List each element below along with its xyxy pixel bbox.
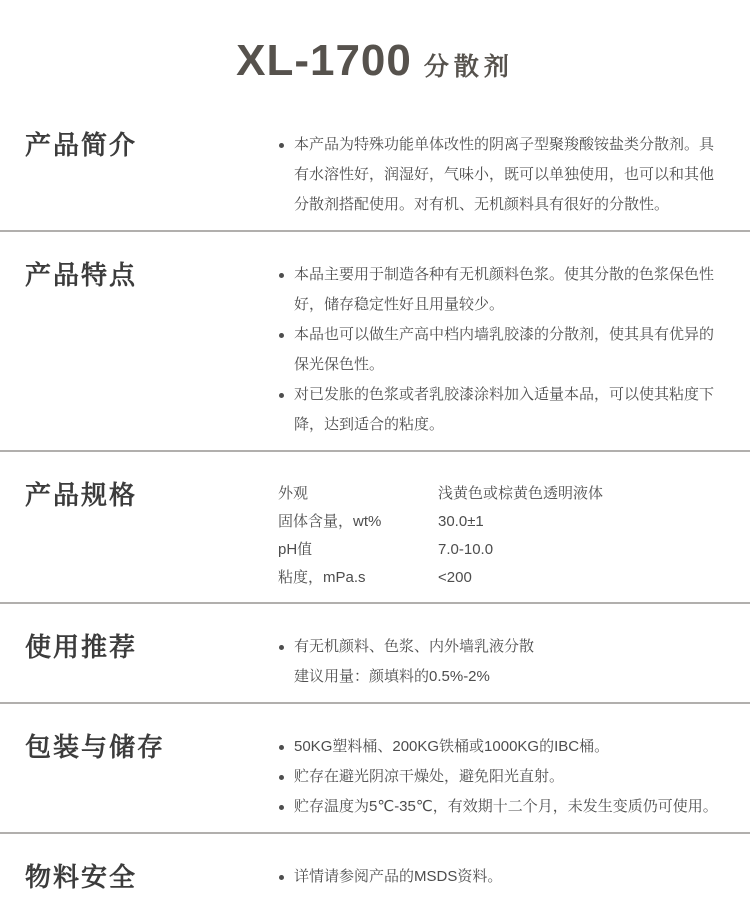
bullet-item: 对已发胀的色浆或者乳胶漆涂料加入适量本品，可以使其粘度下降，达到适合的粘度。 [278,380,720,440]
spec-value: <200 [438,564,720,592]
product-code: XL-1700 [236,36,412,85]
section-usage-recommendation: 使用推荐 有无机颜料、色浆、内外墙乳液分散 建议用量：颜填料的0.5%-2% [0,604,750,704]
bullet-item: 贮存温度为5℃-35℃，有效期十二个月，未发生变质仍可使用。 [278,792,720,822]
section-product-intro: 产品简介 本产品为特殊功能单体改性的阴离子型聚羧酸铵盐类分散剂。具有水溶性好，润… [0,130,750,232]
section-material-safety: 物料安全 详情请参阅产品的MSDS资料。 [0,834,750,902]
section-product-specs: 产品规格 外观 浅黄色或棕黄色透明液体 固体含量，wt% 30.0±1 pH值 … [0,452,750,604]
section-heading: 物料安全 [0,862,278,892]
section-heading: 产品简介 [0,130,278,160]
section-content: 有无机颜料、色浆、内外墙乳液分散 建议用量：颜填料的0.5%-2% [278,632,750,692]
bullet-list: 详情请参阅产品的MSDS资料。 [278,862,720,892]
bullet-list: 本产品为特殊功能单体改性的阴离子型聚羧酸铵盐类分散剂。具有水溶性好，润湿好，气味… [278,130,720,220]
bullet-list: 本品主要用于制造各种有无机颜料色浆。使其分散的色浆保色性好，储存稳定性好且用量较… [278,260,720,440]
section-packaging-storage: 包装与储存 50KG塑料桶、200KG铁桶或1000KG的IBC桶。 贮存在避光… [0,704,750,834]
section-content: 本产品为特殊功能单体改性的阴离子型聚羧酸铵盐类分散剂。具有水溶性好，润湿好，气味… [278,130,750,220]
spec-row: 粘度，mPa.s <200 [278,564,720,592]
bullet-item: 详情请参阅产品的MSDS资料。 [278,862,720,892]
spec-label: pH值 [278,536,438,564]
spec-row: pH值 7.0-10.0 [278,536,720,564]
spec-table: 外观 浅黄色或棕黄色透明液体 固体含量，wt% 30.0±1 pH值 7.0-1… [278,480,720,592]
section-heading: 产品特点 [0,260,278,290]
section-content: 50KG塑料桶、200KG铁桶或1000KG的IBC桶。 贮存在避光阴凉干燥处，… [278,732,750,822]
section-heading: 使用推荐 [0,632,278,662]
dosage-note: 建议用量：颜填料的0.5%-2% [278,662,720,692]
bullet-item: 本产品为特殊功能单体改性的阴离子型聚羧酸铵盐类分散剂。具有水溶性好，润湿好，气味… [278,130,720,220]
spec-row: 固体含量，wt% 30.0±1 [278,508,720,536]
section-heading: 包装与储存 [0,732,278,762]
bullet-item: 本品主要用于制造各种有无机颜料色浆。使其分散的色浆保色性好，储存稳定性好且用量较… [278,260,720,320]
spec-row: 外观 浅黄色或棕黄色透明液体 [278,480,720,508]
section-content: 本品主要用于制造各种有无机颜料色浆。使其分散的色浆保色性好，储存稳定性好且用量较… [278,260,750,440]
section-product-features: 产品特点 本品主要用于制造各种有无机颜料色浆。使其分散的色浆保色性好，储存稳定性… [0,232,750,452]
spec-value: 30.0±1 [438,508,720,536]
bullet-item: 贮存在避光阴凉干燥处，避免阳光直射。 [278,762,720,792]
spec-label: 外观 [278,480,438,508]
bullet-item: 有无机颜料、色浆、内外墙乳液分散 [278,632,720,662]
spec-label: 固体含量，wt% [278,508,438,536]
section-content: 外观 浅黄色或棕黄色透明液体 固体含量，wt% 30.0±1 pH值 7.0-1… [278,480,750,592]
bullet-list: 50KG塑料桶、200KG铁桶或1000KG的IBC桶。 贮存在避光阴凉干燥处，… [278,732,720,822]
bullet-list: 有无机颜料、色浆、内外墙乳液分散 [278,632,720,662]
bullet-item: 本品也可以做生产高中档内墙乳胶漆的分散剂，使其具有优异的保光保色性。 [278,320,720,380]
spec-value: 7.0-10.0 [438,536,720,564]
bullet-item: 50KG塑料桶、200KG铁桶或1000KG的IBC桶。 [278,732,720,762]
product-type: 分散剂 [424,53,514,81]
spec-label: 粘度，mPa.s [278,564,438,592]
section-content: 详情请参阅产品的MSDS资料。 [278,862,750,892]
page-title: XL-1700分散剂 [0,0,750,86]
product-datasheet: XL-1700分散剂 产品简介 本产品为特殊功能单体改性的阴离子型聚羧酸铵盐类分… [0,0,750,920]
spec-value: 浅黄色或棕黄色透明液体 [438,480,720,508]
section-heading: 产品规格 [0,480,278,510]
